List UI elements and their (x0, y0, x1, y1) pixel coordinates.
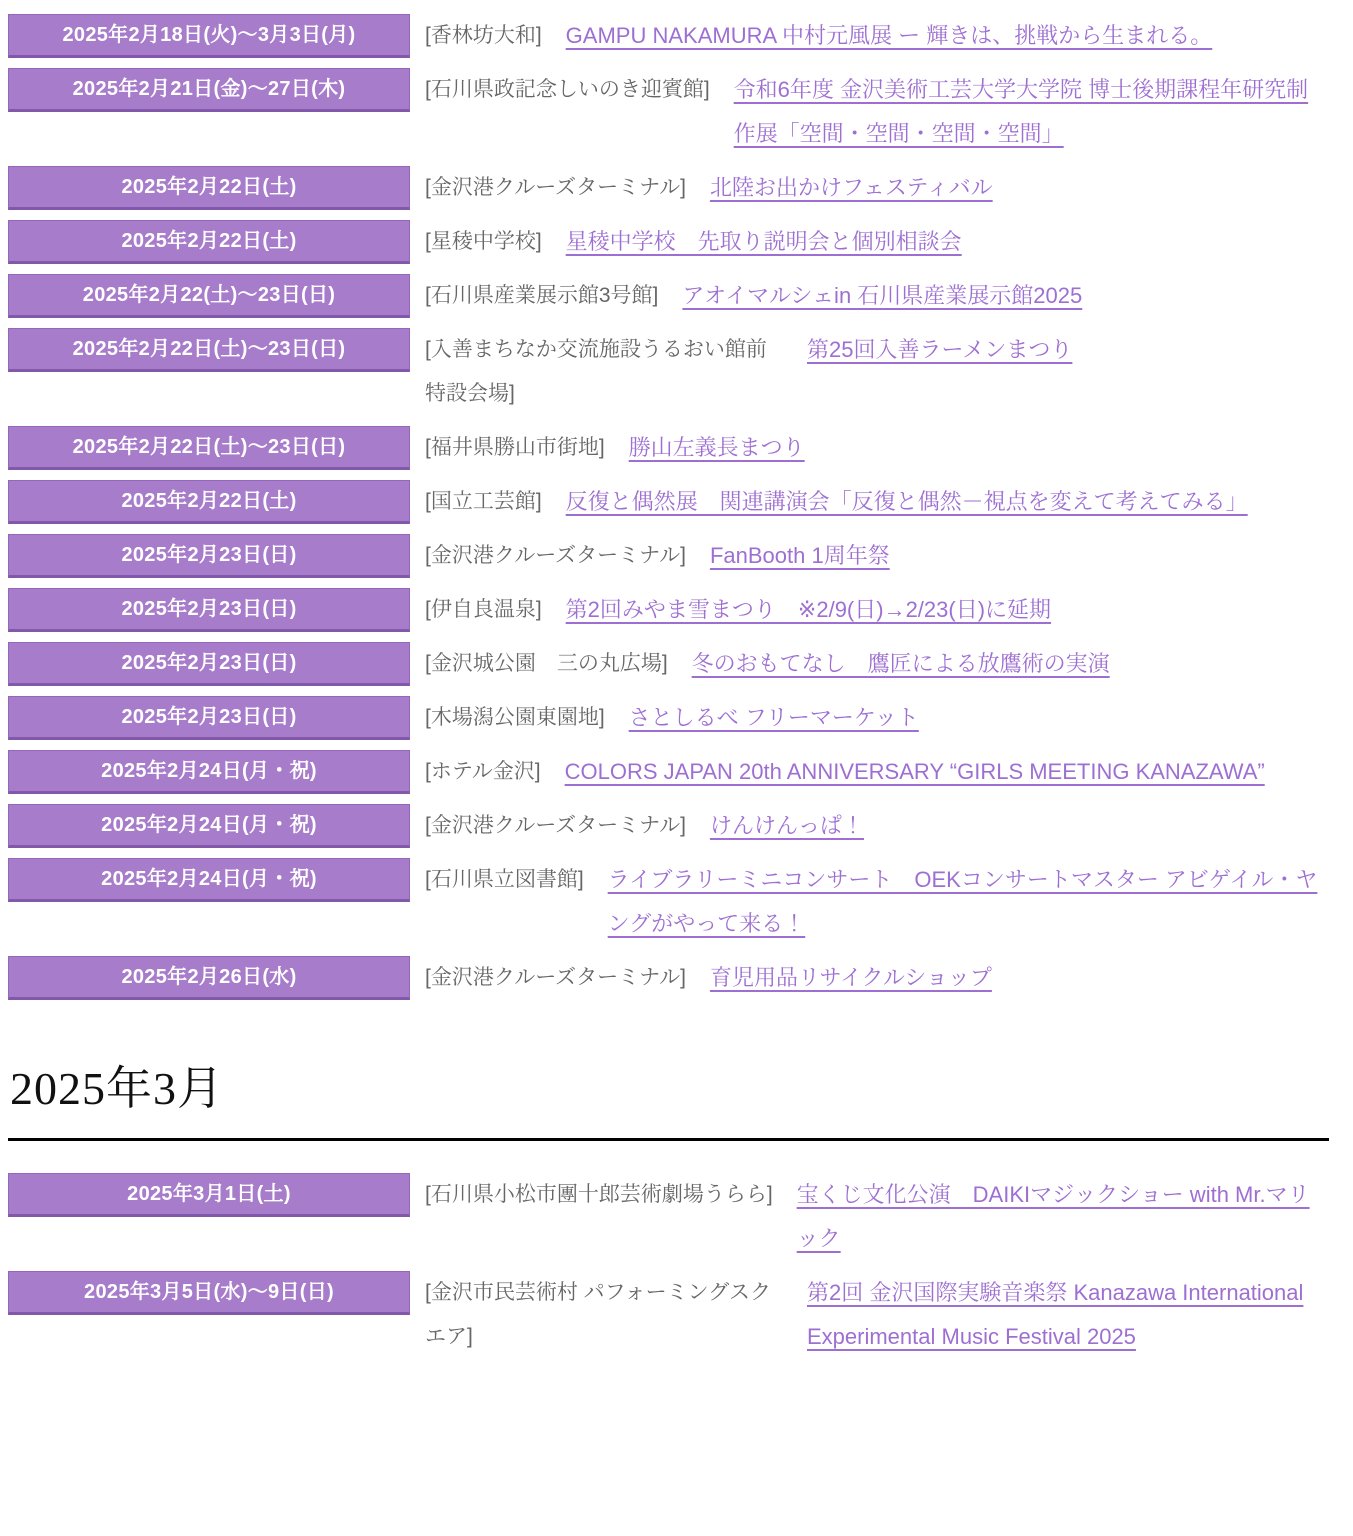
event-row: 2025年3月1日(土) [石川県小松市團十郎芸術劇場うらら] 宝くじ文化公演 … (8, 1173, 1329, 1261)
event-row: 2025年3月5日(水)〜9日(日) [金沢市民芸術村 パフォーミングスクエア]… (8, 1271, 1329, 1359)
event-row: 2025年2月23日(日) [金沢城公園 三の丸広場] 冬のおもてなし 鷹匠によ… (8, 642, 1329, 686)
event-date-badge: 2025年2月26日(水) (8, 956, 410, 1000)
event-row: 2025年2月22(土)〜23日(日) [石川県産業展示館3号館] アオイマルシ… (8, 274, 1329, 318)
event-title-link[interactable]: 勝山左義長まつり (629, 426, 1329, 470)
event-date-badge: 2025年2月23日(日) (8, 588, 410, 632)
event-venue-label: [金沢市民芸術村 パフォーミングスクエア] (425, 1271, 783, 1359)
event-title-link[interactable]: 冬のおもてなし 鷹匠による放鷹術の実演 (692, 642, 1329, 686)
event-venue-label: [金沢港クルーズターミナル] (425, 956, 686, 1000)
event-venue-label: [石川県政記念しいのき迎賓館] (425, 68, 710, 112)
event-content: [金沢港クルーズターミナル] 北陸お出かけフェスティバル (425, 166, 1329, 210)
event-title-link[interactable]: ライブラリーミニコンサート OEKコンサートマスター アビゲイル・ヤングがやって… (608, 858, 1329, 946)
event-content: [ホテル金沢] COLORS JAPAN 20th ANNIVERSARY “G… (425, 750, 1329, 794)
event-title-link[interactable]: 宝くじ文化公演 DAIKIマジックショー with Mr.マリック (797, 1173, 1329, 1261)
event-venue-label: [金沢港クルーズターミナル] (425, 804, 686, 848)
event-date-badge: 2025年2月22日(土) (8, 166, 410, 210)
event-row: 2025年2月22日(土) [金沢港クルーズターミナル] 北陸お出かけフェスティ… (8, 166, 1329, 210)
event-content: [木場潟公園東園地] さとしるべ フリーマーケット (425, 696, 1329, 740)
event-content: [金沢港クルーズターミナル] 育児用品リサイクルショップ (425, 956, 1329, 1000)
event-title-link[interactable]: けんけんっぱ！ (710, 804, 1329, 848)
event-content: [伊自良温泉] 第2回みやま雪まつり ※2/9(日)→2/23(日)に延期 (425, 588, 1329, 632)
event-venue-label: [ホテル金沢] (425, 750, 541, 794)
event-row: 2025年2月24日(月・祝) [金沢港クルーズターミナル] けんけんっぱ！ (8, 804, 1329, 848)
event-date-badge: 2025年2月22(土)〜23日(日) (8, 274, 410, 318)
event-date-badge: 2025年3月5日(水)〜9日(日) (8, 1271, 410, 1315)
event-content: [国立工芸館] 反復と偶然展 関連講演会「反復と偶然－視点を変えて考えてみる」 (425, 480, 1329, 524)
event-date-badge: 2025年2月24日(月・祝) (8, 858, 410, 902)
event-content: [福井県勝山市街地] 勝山左義長まつり (425, 426, 1329, 470)
event-title-link[interactable]: 令和6年度 金沢美術工芸大学大学院 博士後期課程年研究制作展「空間・空間・空間・… (734, 68, 1329, 156)
event-date-badge: 2025年2月18日(火)〜3月3日(月) (8, 14, 410, 58)
event-content: [石川県政記念しいのき迎賓館] 令和6年度 金沢美術工芸大学大学院 博士後期課程… (425, 68, 1329, 156)
event-title-link[interactable]: 育児用品リサイクルショップ (710, 956, 1329, 1000)
event-venue-label: [金沢城公園 三の丸広場] (425, 642, 668, 686)
event-title-link[interactable]: 北陸お出かけフェスティバル (710, 166, 1329, 210)
event-date-badge: 2025年2月22日(土)〜23日(日) (8, 328, 410, 372)
event-content: [入善まちなか交流施設うるおい館前 特設会場] 第25回入善ラーメンまつり (425, 328, 1329, 416)
event-row: 2025年2月22日(土) [星稜中学校] 星稜中学校 先取り説明会と個別相談会 (8, 220, 1329, 264)
event-content: [石川県立図書館] ライブラリーミニコンサート OEKコンサートマスター アビゲ… (425, 858, 1329, 946)
event-date-badge: 2025年2月24日(月・祝) (8, 804, 410, 848)
event-date-badge: 2025年2月23日(日) (8, 534, 410, 578)
event-venue-label: [木場潟公園東園地] (425, 696, 605, 740)
event-venue-label: [香林坊大和] (425, 14, 542, 58)
event-date-badge: 2025年2月22日(土) (8, 480, 410, 524)
event-venue-label: [伊自良温泉] (425, 588, 542, 632)
event-title-link[interactable]: さとしるべ フリーマーケット (629, 696, 1329, 740)
event-calendar-page: 2025年2月18日(火)〜3月3日(月) [香林坊大和] GAMPU NAKA… (0, 0, 1353, 1379)
month-divider (8, 1138, 1329, 1141)
event-content: [石川県小松市團十郎芸術劇場うらら] 宝くじ文化公演 DAIKIマジックショー … (425, 1173, 1329, 1261)
event-date-badge: 2025年3月1日(土) (8, 1173, 410, 1217)
event-title-link[interactable]: GAMPU NAKAMURA 中村元風展 ー 輝きは、挑戦から生まれる。 (566, 14, 1329, 58)
event-title-link[interactable]: 星稜中学校 先取り説明会と個別相談会 (566, 220, 1329, 264)
event-content: [金沢港クルーズターミナル] FanBooth 1周年祭 (425, 534, 1329, 578)
event-row: 2025年2月22日(土)〜23日(日) [入善まちなか交流施設うるおい館前 特… (8, 328, 1329, 416)
event-content: [金沢城公園 三の丸広場] 冬のおもてなし 鷹匠による放鷹術の実演 (425, 642, 1329, 686)
event-row: 2025年2月18日(火)〜3月3日(月) [香林坊大和] GAMPU NAKA… (8, 14, 1329, 58)
event-title-link[interactable]: COLORS JAPAN 20th ANNIVERSARY “GIRLS MEE… (565, 750, 1329, 794)
event-row: 2025年2月21日(金)〜27日(木) [石川県政記念しいのき迎賓館] 令和6… (8, 68, 1329, 156)
event-row: 2025年2月22日(土)〜23日(日) [福井県勝山市街地] 勝山左義長まつり (8, 426, 1329, 470)
event-content: [香林坊大和] GAMPU NAKAMURA 中村元風展 ー 輝きは、挑戦から生… (425, 14, 1329, 58)
event-venue-label: [福井県勝山市街地] (425, 426, 605, 470)
event-date-badge: 2025年2月23日(日) (8, 696, 410, 740)
event-venue-label: [星稜中学校] (425, 220, 542, 264)
event-content: [星稜中学校] 星稜中学校 先取り説明会と個別相談会 (425, 220, 1329, 264)
event-row: 2025年2月23日(日) [金沢港クルーズターミナル] FanBooth 1周… (8, 534, 1329, 578)
event-venue-label: [入善まちなか交流施設うるおい館前 特設会場] (425, 328, 783, 416)
event-venue-label: [石川県産業展示館3号館] (425, 274, 658, 318)
event-sections: 2025年2月18日(火)〜3月3日(月) [香林坊大和] GAMPU NAKA… (8, 14, 1329, 1359)
event-date-badge: 2025年2月23日(日) (8, 642, 410, 686)
month-heading: 2025年3月 (10, 1052, 1329, 1118)
event-venue-label: [石川県立図書館] (425, 858, 584, 902)
event-venue-label: [金沢港クルーズターミナル] (425, 166, 686, 210)
event-row: 2025年2月22日(土) [国立工芸館] 反復と偶然展 関連講演会「反復と偶然… (8, 480, 1329, 524)
event-row: 2025年2月23日(日) [伊自良温泉] 第2回みやま雪まつり ※2/9(日)… (8, 588, 1329, 632)
event-row: 2025年2月26日(水) [金沢港クルーズターミナル] 育児用品リサイクルショ… (8, 956, 1329, 1000)
event-row: 2025年2月24日(月・祝) [石川県立図書館] ライブラリーミニコンサート … (8, 858, 1329, 946)
event-date-badge: 2025年2月21日(金)〜27日(木) (8, 68, 410, 112)
event-content: [金沢港クルーズターミナル] けんけんっぱ！ (425, 804, 1329, 848)
event-venue-label: [金沢港クルーズターミナル] (425, 534, 686, 578)
event-title-link[interactable]: 第2回 金沢国際実験音楽祭 Kanazawa International Exp… (807, 1271, 1329, 1359)
event-row: 2025年2月24日(月・祝) [ホテル金沢] COLORS JAPAN 20t… (8, 750, 1329, 794)
event-content: [金沢市民芸術村 パフォーミングスクエア] 第2回 金沢国際実験音楽祭 Kana… (425, 1271, 1329, 1359)
event-date-badge: 2025年2月24日(月・祝) (8, 750, 410, 794)
event-row: 2025年2月23日(日) [木場潟公園東園地] さとしるべ フリーマーケット (8, 696, 1329, 740)
event-date-badge: 2025年2月22日(土) (8, 220, 410, 264)
event-content: [石川県産業展示館3号館] アオイマルシェin 石川県産業展示館2025 (425, 274, 1329, 318)
event-title-link[interactable]: 反復と偶然展 関連講演会「反復と偶然－視点を変えて考えてみる」 (566, 480, 1329, 524)
event-title-link[interactable]: FanBooth 1周年祭 (710, 534, 1329, 578)
event-title-link[interactable]: 第2回みやま雪まつり ※2/9(日)→2/23(日)に延期 (566, 588, 1329, 632)
event-title-link[interactable]: アオイマルシェin 石川県産業展示館2025 (682, 274, 1329, 318)
event-venue-label: [石川県小松市團十郎芸術劇場うらら] (425, 1173, 773, 1217)
event-date-badge: 2025年2月22日(土)〜23日(日) (8, 426, 410, 470)
event-venue-label: [国立工芸館] (425, 480, 542, 524)
event-title-link[interactable]: 第25回入善ラーメンまつり (807, 328, 1329, 372)
